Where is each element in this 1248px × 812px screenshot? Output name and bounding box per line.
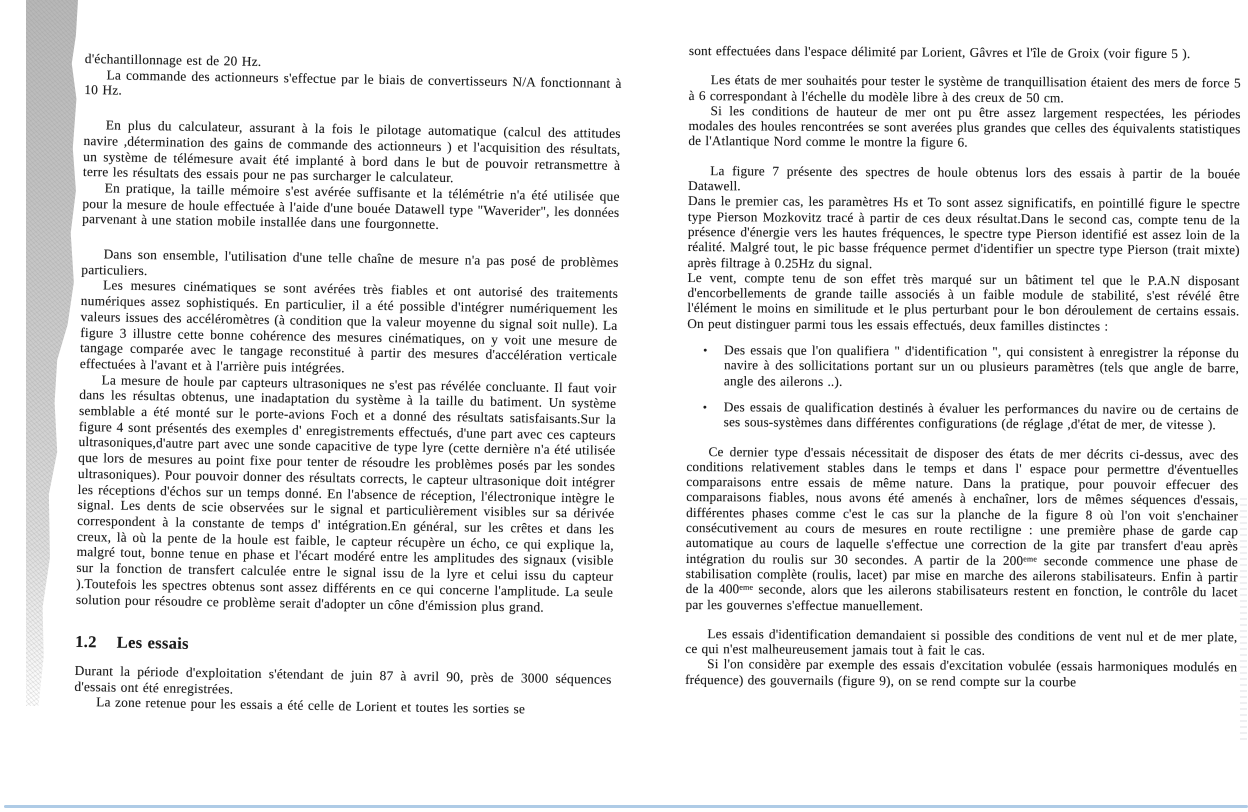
scan-binding-shadow [26,0,78,706]
paragraph: Le vent, compte tenu de son effet très m… [687,270,1239,335]
paragraph: Les essais d'identification demandaient … [685,626,1237,660]
section-number: 1.2 [75,632,97,651]
bullet-item: • Des essais de qualification destinés à… [703,399,1239,433]
left-page: d'échantillonnage est de 20 Hz. La comma… [74,51,622,719]
paragraph: sont effectuées dans l'espace délimité p… [689,43,1241,62]
paragraph: Si l'on considère par exemple des essais… [685,656,1237,690]
bullet-item: • Des essais que l'on qualifiera " d'ide… [703,342,1239,391]
paragraph: Si les conditions de hauteur de mer ont … [688,103,1240,152]
bullet-icon: • [703,399,724,430]
section-title: Les essais [117,633,189,653]
paragraph: En pratique, la taille mémoire s'est avé… [82,180,620,236]
bullet-text: Des essais que l'on qualifiera " d'ident… [724,342,1239,391]
scan-noise [1240,498,1247,744]
right-page: sont effectuées dans l'espace délimité p… [685,43,1241,690]
bullet-icon: • [703,342,724,388]
paragraph: La figure 7 présente des spectres de hou… [688,163,1240,197]
paragraph: Dans le premier cas, les paramètres Hs e… [688,193,1240,273]
paragraph: La mesure de houle par capteurs ultrason… [76,372,617,616]
paragraph: Les mesures cinématiques se sont avérées… [80,277,618,380]
window-bottom-border [4,805,1248,808]
bullet-text: Des essais de qualification destinés à é… [724,399,1239,433]
paragraph: Les états de mer souhaités pour tester l… [689,72,1241,106]
paragraph: Ce dernier type d'essais nécessitait de … [686,444,1239,616]
scanned-document: d'échantillonnage est de 20 Hz. La comma… [0,0,1248,812]
section-heading: 1.2Les essais [75,634,612,659]
paragraph: En plus du calculateur, assurant à la fo… [83,117,621,189]
